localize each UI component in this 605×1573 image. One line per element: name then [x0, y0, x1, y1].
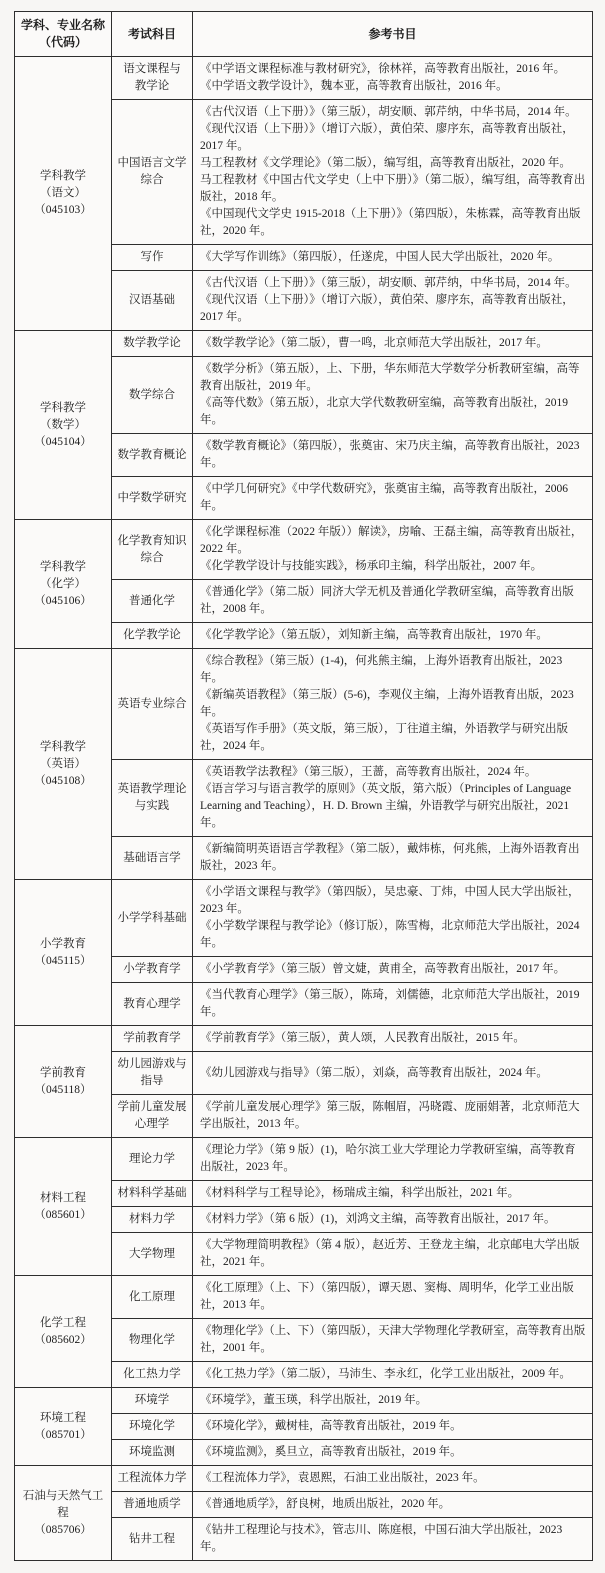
book-entry: 《语言学习与语言教学的原则》（英文版，第六版）（Principles of La…	[200, 781, 586, 832]
exam-subject-cell: 数学教学论	[112, 331, 193, 357]
exam-subject-cell: 普通化学	[112, 580, 193, 623]
book-entry: 《化学教学论》（第五版），刘知新主编，高等教育出版社，1970 年。	[200, 627, 586, 644]
reference-books-cell: 《化工热力学》（第二版），马沛生、李永红，化学工业出版社，2009 年。	[193, 1362, 593, 1388]
book-entry: 《环境学》，董玉瑛，科学出版社，2019 年。	[200, 1392, 586, 1409]
book-entry: 《化学教学设计与技能实践》，杨承印主编，科学出版社，2007 年。	[200, 558, 586, 575]
book-entry: 《古代汉语（上下册）》（第三版），胡安顺、郭芹纳，中华书局，2014 年。	[200, 104, 586, 121]
table-row: 材料工程 （085601）理论力学《理论力学》（第 9 版）(1)，哈尔滨工业大…	[15, 1138, 593, 1181]
exam-subject-cell: 汉语基础	[112, 271, 193, 331]
exam-subject-cell: 中国语言文学 综合	[112, 100, 193, 245]
book-entry: 《小学教育学》（第三版）曾文婕，黄甫全，高等教育出版社，2017 年。	[200, 961, 586, 978]
reference-books-cell: 《学前儿童发展心理学》第三版，陈帼眉，冯晓霞、庞丽娟著，北京师范大学出版社，20…	[193, 1095, 593, 1138]
reference-books-cell: 《物理化学》（上、下）（第四版），天津大学物理化学教研室，高等教育出版社，200…	[193, 1319, 593, 1362]
major-name-cell: 学科教学 （英语） （045108）	[15, 649, 112, 880]
book-entry: 《新编英语教程》（第三版）(5-6)，李观仪主编，上海外语教育出版，2023 年…	[200, 687, 586, 721]
table-row: 环境工程 （085701）环境学《环境学》，董玉瑛，科学出版社，2019 年。	[15, 1388, 593, 1414]
reference-books-cell: 《环境学》，董玉瑛，科学出版社，2019 年。	[193, 1388, 593, 1414]
exam-subject-cell: 钻井工程	[112, 1518, 193, 1561]
table-row: 化学工程 （085602）化工原理《化工原理》（上、下）（第四版），谭天恩、窦梅…	[15, 1276, 593, 1319]
exam-subject-cell: 小学学科基础	[112, 880, 193, 957]
exam-subject-cell: 数学教育概论	[112, 434, 193, 477]
exam-subject-cell: 普通地质学	[112, 1492, 193, 1518]
reference-books-cell: 《工程流体力学》，袁恩熙，石油工业出版社，2023 年。	[193, 1466, 593, 1492]
book-entry: 《学前儿童发展心理学》第三版，陈帼眉，冯晓霞、庞丽娟著，北京师范大学出版社，20…	[200, 1099, 586, 1133]
exam-subject-cell: 幼儿园游戏与 指导	[112, 1052, 193, 1095]
exam-subject-cell: 中学数学研究	[112, 477, 193, 520]
exam-subject-cell: 材料力学	[112, 1207, 193, 1233]
document-page: { "table": { "headers": [ "学科、专业名称\n（代码）…	[0, 0, 605, 1573]
reference-books-cell: 《大学物理简明教程》（第 4 版），赵近芳、王登龙主编，北京邮电大学出版社，20…	[193, 1233, 593, 1276]
reference-books-cell: 《综合教程》（第三版）(1-4)，何兆熊主编，上海外语教育出版社，2023 年。…	[193, 649, 593, 760]
reference-books-cell: 《材料科学与工程导论》，杨瑞成主编，科学出版社，2021 年。	[193, 1181, 593, 1207]
major-name-cell: 环境工程 （085701）	[15, 1388, 112, 1466]
exam-subject-cell: 化学教育知识 综合	[112, 520, 193, 580]
book-entry: 《环境化学》，戴树桂，高等教育出版社，2019 年。	[200, 1418, 586, 1435]
book-entry: 《英语教学法教程》（第三版），王蔷，高等教育出版社，2024 年。	[200, 764, 586, 781]
book-entry: 《数学分析》（第五版），上、下册，华东师范大学数学分析教研室编，高等教育出版社，…	[200, 361, 586, 395]
exam-subject-cell: 理论力学	[112, 1138, 193, 1181]
reference-books-cell: 《普通化学》（第二版）同济大学无机及普通化学教研室编，高等教育出版社，2008 …	[193, 580, 593, 623]
reference-books-cell: 《环境化学》，戴树桂，高等教育出版社，2019 年。	[193, 1414, 593, 1440]
exam-subject-cell: 学前儿童发展 心理学	[112, 1095, 193, 1138]
book-entry: 《物理化学》（上、下）（第四版），天津大学物理化学教研室，高等教育出版社，200…	[200, 1323, 586, 1357]
exam-subject-cell: 写作	[112, 245, 193, 271]
exam-subject-cell: 环境监测	[112, 1440, 193, 1466]
major-name-cell: 学前教育 （045118）	[15, 1026, 112, 1138]
reference-books-cell: 《材料力学》（第 6 版）(1)，刘鸿文主编，高等教育出版社，2017 年。	[193, 1207, 593, 1233]
book-entry: 《古代汉语（上下册）》（第三版），胡安顺、郭芹纳，中华书局，2014 年。	[200, 275, 586, 292]
book-entry: 马工程教材《中国古代文学史（上中下册）》（第二版），编写组，高等教育出版社，20…	[200, 172, 586, 206]
reference-books-cell: 《理论力学》（第 9 版）(1)，哈尔滨工业大学理论力学教研室编，高等教育出版社…	[193, 1138, 593, 1181]
book-entry: 《中学语文课程标准与教材研究》，徐林祥，高等教育出版社，2016 年。	[200, 61, 586, 78]
reference-books-cell: 《中学几何研究》《中学代数研究》，张奠宙主编，高等教育出版社，2006 年。	[193, 477, 593, 520]
table-row: 学科教学 （英语） （045108）英语专业综合《综合教程》（第三版）(1-4)…	[15, 649, 593, 760]
major-name-cell: 学科教学 （语文） （045103）	[15, 57, 112, 331]
reference-books-cell: 《学前教育学》（第三版），黄人颂，人民教育出版社，2015 年。	[193, 1026, 593, 1052]
book-entry: 《数学教育概论》（第四版），张奠宙、宋乃庆主编，高等教育出版社，2023 年。	[200, 438, 586, 472]
header-exam-subject: 考试科目	[112, 12, 193, 57]
book-entry: 《中学语文教学设计》，魏本亚，高等教育出版社，2016 年。	[200, 78, 586, 95]
reference-books-cell: 《数学教学论》（第二版），曹一鸣，北京师范大学出版社，2017 年。	[193, 331, 593, 357]
reference-books-cell: 《钻井工程理论与技术》，管志川、陈庭根，中国石油大学出版社，2023 年。	[193, 1518, 593, 1561]
table-row: 学科教学 （语文） （045103）语文课程与 教学论《中学语文课程标准与教材研…	[15, 57, 593, 100]
book-entry: 《小学数学课程与教学论》（修订版），陈雪梅，北京师范大学出版社，2024 年。	[200, 918, 586, 952]
table-row: 小学教育 （045115）小学学科基础《小学语文课程与教学》（第四版），吴忠豪、…	[15, 880, 593, 957]
book-entry: 《环境监测》，奚旦立，高等教育出版社，2019 年。	[200, 1444, 586, 1461]
exam-subject-cell: 数学综合	[112, 357, 193, 434]
exam-subject-cell: 英语专业综合	[112, 649, 193, 760]
table-row: 学科教学 （化学） （045106）化学教育知识 综合《化学课程标准（2022 …	[15, 520, 593, 580]
reference-books-cell: 《小学语文课程与教学》（第四版），吴忠豪、丁炜，中国人民大学出版社，2023 年…	[193, 880, 593, 957]
reference-books-cell: 《新编简明英语语言学教程》（第二版），戴炜栋，何兆熊，上海外语教育出版社，202…	[193, 837, 593, 880]
book-entry: 《当代教育心理学》（第三版），陈琦，刘儒德，北京师范大学出版社，2019 年。	[200, 987, 586, 1021]
book-entry: 《化工原理》（上、下）（第四版），谭天恩、窦梅、周明华，化学工业出版社，2013…	[200, 1280, 586, 1314]
exam-subject-cell: 环境化学	[112, 1414, 193, 1440]
reference-books-cell: 《化工原理》（上、下）（第四版），谭天恩、窦梅、周明华，化学工业出版社，2013…	[193, 1276, 593, 1319]
header-major: 学科、专业名称 （代码）	[15, 12, 112, 57]
book-entry: 《化学课程标准（2022 年版））解读》，房喻、王磊主编，高等教育出版社，202…	[200, 524, 586, 558]
book-entry: 《钻井工程理论与技术》，管志川、陈庭根，中国石油大学出版社，2023 年。	[200, 1522, 586, 1556]
book-entry: 《小学语文课程与教学》（第四版），吴忠豪、丁炜，中国人民大学出版社，2023 年…	[200, 884, 586, 918]
book-entry: 《英语写作手册》（英文版，第三版），丁往道主编，外语教学与研究出版社，2024 …	[200, 721, 586, 755]
table-row: 学前教育 （045118）学前教育学《学前教育学》（第三版），黄人颂，人民教育出…	[15, 1026, 593, 1052]
reference-books-cell: 《当代教育心理学》（第三版），陈琦，刘儒德，北京师范大学出版社，2019 年。	[193, 983, 593, 1026]
header-reference-books: 参考书目	[193, 12, 593, 57]
exam-subject-cell: 教育心理学	[112, 983, 193, 1026]
book-entry: 《高等代数》（第五版），北京大学代数教研室编，高等教育出版社，2019 年。	[200, 395, 586, 429]
book-entry: 《工程流体力学》，袁恩熙，石油工业出版社，2023 年。	[200, 1470, 586, 1487]
exam-subject-cell: 物理化学	[112, 1319, 193, 1362]
reference-books-cell: 《数学分析》（第五版），上、下册，华东师范大学数学分析教研室编，高等教育出版社，…	[193, 357, 593, 434]
exam-subject-cell: 大学物理	[112, 1233, 193, 1276]
exam-subject-cell: 环境学	[112, 1388, 193, 1414]
book-entry: 《数学教学论》（第二版），曹一鸣，北京师范大学出版社，2017 年。	[200, 335, 586, 352]
table-row: 石油与天然气工 程 （085706）工程流体力学《工程流体力学》，袁恩熙，石油工…	[15, 1466, 593, 1492]
reference-books-cell: 《幼儿园游戏与指导》（第二版），刘焱，高等教育出版社，2024 年。	[193, 1052, 593, 1095]
book-entry: 《新编简明英语语言学教程》（第二版），戴炜栋，何兆熊，上海外语教育出版社，202…	[200, 841, 586, 875]
exam-subject-cell: 语文课程与 教学论	[112, 57, 193, 100]
reference-books-cell: 《小学教育学》（第三版）曾文婕，黄甫全，高等教育出版社，2017 年。	[193, 957, 593, 983]
reference-books-cell: 《大学写作训练》（第四版），任遂虎，中国人民大学出版社，2020 年。	[193, 245, 593, 271]
book-entry: 《现代汉语（上下册）》（增订六版），黄伯荣、廖序东，高等教育出版社，2017 年…	[200, 292, 586, 326]
book-entry: 《学前教育学》（第三版），黄人颂，人民教育出版社，2015 年。	[200, 1030, 586, 1047]
reference-books-cell: 《古代汉语（上下册）》（第三版），胡安顺、郭芹纳，中华书局，2014 年。《现代…	[193, 271, 593, 331]
book-entry: 《化工热力学》（第二版），马沛生、李永红，化学工业出版社，2009 年。	[200, 1366, 586, 1383]
book-entry: 马工程教材《文学理论》（第二版），编写组，高等教育出版社，2020 年。	[200, 155, 586, 172]
major-name-cell: 小学教育 （045115）	[15, 880, 112, 1026]
reference-books-cell: 《中学语文课程标准与教材研究》，徐林祥，高等教育出版社，2016 年。《中学语文…	[193, 57, 593, 100]
reference-books-cell: 《英语教学法教程》（第三版），王蔷，高等教育出版社，2024 年。《语言学习与语…	[193, 760, 593, 837]
exam-subject-cell: 小学教育学	[112, 957, 193, 983]
major-name-cell: 学科教学 （数学） （045104）	[15, 331, 112, 520]
reference-books-cell: 《数学教育概论》（第四版），张奠宙、宋乃庆主编，高等教育出版社，2023 年。	[193, 434, 593, 477]
major-name-cell: 材料工程 （085601）	[15, 1138, 112, 1276]
reference-books-cell: 《古代汉语（上下册）》（第三版），胡安顺、郭芹纳，中华书局，2014 年。《现代…	[193, 100, 593, 245]
reference-books-cell: 《环境监测》，奚旦立，高等教育出版社，2019 年。	[193, 1440, 593, 1466]
exam-subject-cell: 学前教育学	[112, 1026, 193, 1052]
reference-books-cell: 《普通地质学》，舒良树，地质出版社，2020 年。	[193, 1492, 593, 1518]
book-entry: 《大学写作训练》（第四版），任遂虎，中国人民大学出版社，2020 年。	[200, 249, 586, 266]
book-entry: 《普通地质学》，舒良树，地质出版社，2020 年。	[200, 1496, 586, 1513]
exam-subject-cell: 化学教学论	[112, 623, 193, 649]
book-entry: 《材料力学》（第 6 版）(1)，刘鸿文主编，高等教育出版社，2017 年。	[200, 1211, 586, 1228]
book-entry: 《理论力学》（第 9 版）(1)，哈尔滨工业大学理论力学教研室编，高等教育出版社…	[200, 1142, 586, 1176]
exam-subject-cell: 化工热力学	[112, 1362, 193, 1388]
table-body: 学科教学 （语文） （045103）语文课程与 教学论《中学语文课程标准与教材研…	[15, 57, 593, 1561]
book-entry: 《材料科学与工程导论》，杨瑞成主编，科学出版社，2021 年。	[200, 1185, 586, 1202]
major-name-cell: 学科教学 （化学） （045106）	[15, 520, 112, 649]
book-entry: 《大学物理简明教程》（第 4 版），赵近芳、王登龙主编，北京邮电大学出版社，20…	[200, 1237, 586, 1271]
exam-subject-cell: 工程流体力学	[112, 1466, 193, 1492]
exam-subject-cell: 英语教学理论 与实践	[112, 760, 193, 837]
book-entry: 《综合教程》（第三版）(1-4)，何兆熊主编，上海外语教育出版社，2023 年。	[200, 653, 586, 687]
book-entry: 《现代汉语（上下册）》（增订六版），黄伯荣、廖序东，高等教育出版社，2017 年…	[200, 121, 586, 155]
reference-book-table: 学科、专业名称 （代码） 考试科目 参考书目 学科教学 （语文） （045103…	[14, 11, 593, 1561]
book-entry: 《中国现代文学史 1915-2018（上下册）》（第四版），朱栋霖，高等教育出版…	[200, 206, 586, 240]
exam-subject-cell: 材料科学基础	[112, 1181, 193, 1207]
book-entry: 《中学几何研究》《中学代数研究》，张奠宙主编，高等教育出版社，2006 年。	[200, 481, 586, 515]
table-header: 学科、专业名称 （代码） 考试科目 参考书目	[15, 12, 593, 57]
book-entry: 《幼儿园游戏与指导》（第二版），刘焱，高等教育出版社，2024 年。	[200, 1065, 586, 1082]
reference-books-cell: 《化学课程标准（2022 年版））解读》，房喻、王磊主编，高等教育出版社，202…	[193, 520, 593, 580]
major-name-cell: 石油与天然气工 程 （085706）	[15, 1466, 112, 1561]
reference-books-cell: 《化学教学论》（第五版），刘知新主编，高等教育出版社，1970 年。	[193, 623, 593, 649]
exam-subject-cell: 基础语言学	[112, 837, 193, 880]
major-name-cell: 化学工程 （085602）	[15, 1276, 112, 1388]
table-row: 学科教学 （数学） （045104）数学教学论《数学教学论》（第二版），曹一鸣，…	[15, 331, 593, 357]
header-row: 学科、专业名称 （代码） 考试科目 参考书目	[15, 12, 593, 57]
exam-subject-cell: 化工原理	[112, 1276, 193, 1319]
book-entry: 《普通化学》（第二版）同济大学无机及普通化学教研室编，高等教育出版社，2008 …	[200, 584, 586, 618]
